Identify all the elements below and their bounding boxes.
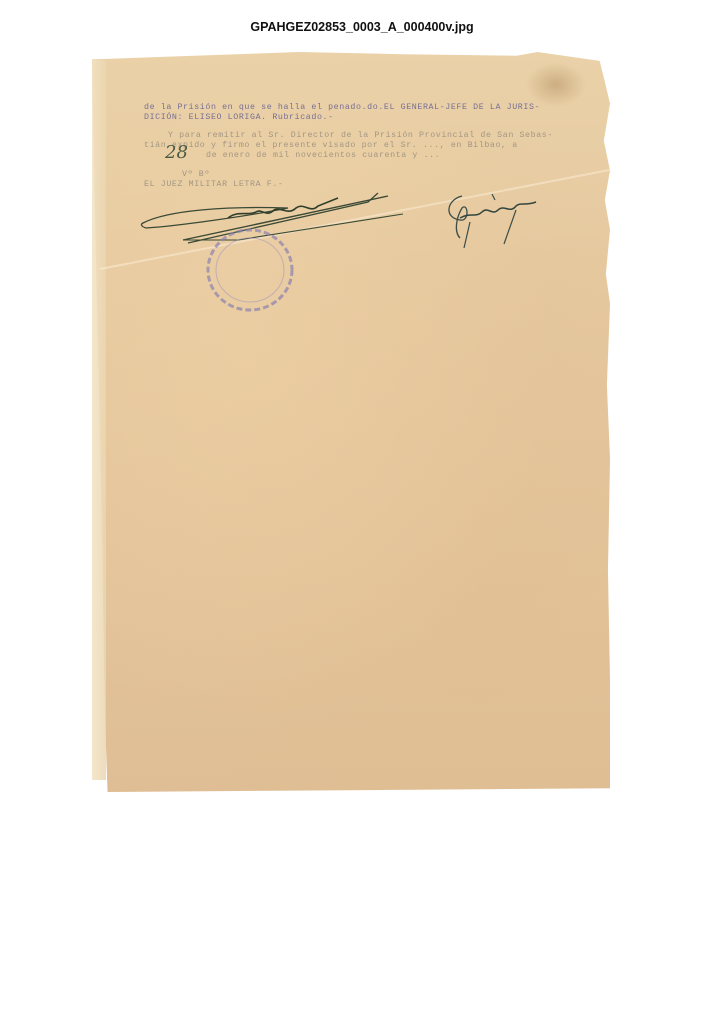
typed-line-6: Vº Bº (182, 170, 210, 180)
typed-line-2: DICIÓN: ELISEO LORIGA. Rubricado.- (144, 113, 334, 123)
right-signature-icon (440, 188, 540, 253)
typed-line-1: de la Prisión en que se halla el penado.… (144, 103, 540, 113)
document-page (92, 52, 610, 792)
page-edge-strip (92, 60, 106, 780)
handwritten-number: 28 (165, 142, 188, 163)
typed-line-3: Y para remitir al Sr. Director de la Pri… (168, 131, 553, 141)
typed-line-5: de enero de mil novecientos cuarenta y .… (206, 151, 440, 161)
typed-line-4: tián expido y firmo el presente visado p… (144, 141, 518, 151)
circular-seal-icon (200, 225, 300, 315)
file-title: GPAHGEZ02853_0003_A_000400v.jpg (0, 20, 724, 34)
stain (526, 62, 586, 107)
